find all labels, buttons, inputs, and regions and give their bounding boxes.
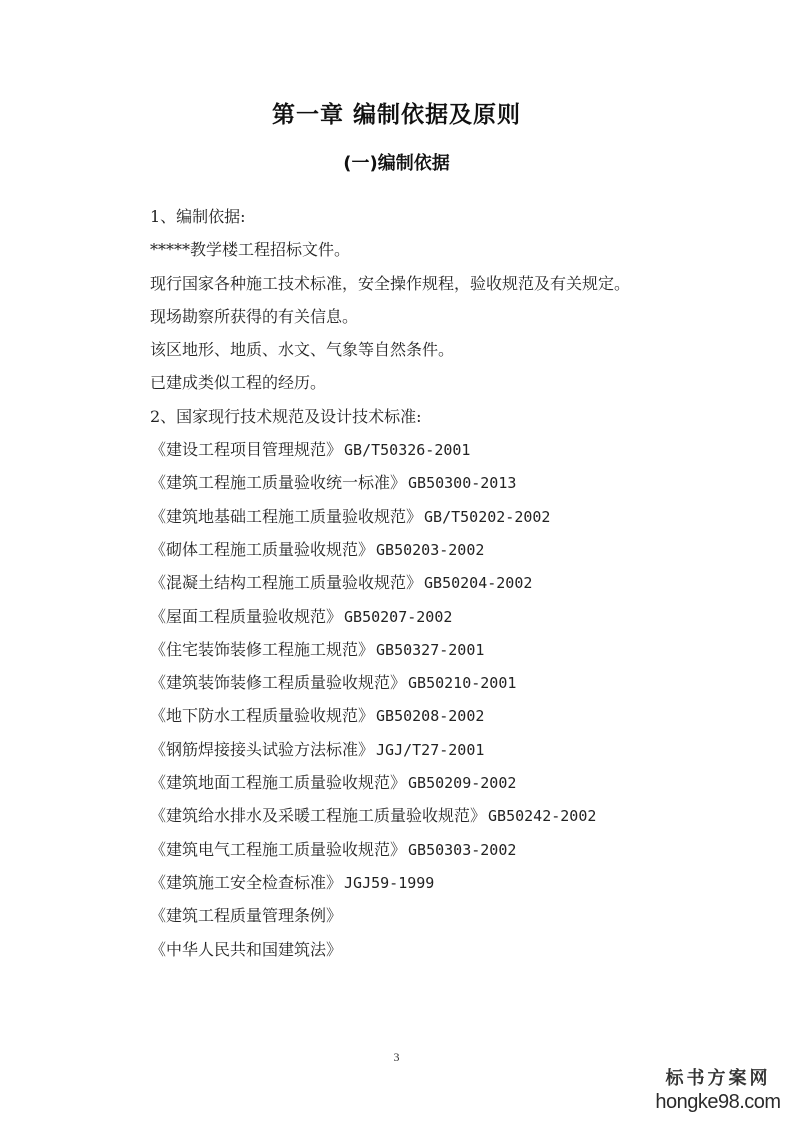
standard-title: 《建筑给水排水及采暖工程施工质量验收规范》 [150, 806, 486, 825]
standard-title: 《屋面工程质量验收规范》 [150, 607, 342, 626]
line-text: 已建成类似工程的经历。 [150, 373, 326, 392]
text-line: 现场勘察所获得的有关信息。 [150, 300, 750, 333]
standard-item: 《建筑工程质量管理条例》 [150, 899, 750, 932]
text-line: 2、国家现行技术规范及设计技术标准: [150, 400, 750, 433]
section-title: (一)编制依据 [0, 149, 793, 175]
line-text: 现行国家各种施工技术标准，安全操作规程，验收规范及有关规定。 [150, 274, 630, 293]
standard-item: 《中华人民共和国建筑法》 [150, 933, 750, 966]
standard-item: 《建筑地面工程施工质量验收规范》GB50209-2002 [150, 766, 750, 799]
text-line: 该区地形、地质、水文、气象等自然条件。 [150, 333, 750, 366]
standard-item: 《建筑施工安全检查标准》JGJ59-1999 [150, 866, 750, 899]
standard-item: 《砌体工程施工质量验收规范》GB50203-2002 [150, 533, 750, 566]
standard-title: 《混凝土结构工程施工质量验收规范》 [150, 573, 422, 592]
standard-item: 《建筑装饰装修工程质量验收规范》GB50210-2001 [150, 666, 750, 699]
text-line: 现行国家各种施工技术标准，安全操作规程，验收规范及有关规定。 [150, 267, 750, 300]
standard-code: GB50203-2002 [376, 541, 484, 559]
watermark-url: hongke98.com [648, 1090, 788, 1114]
standard-title: 《建筑工程质量管理条例》 [150, 906, 342, 925]
standard-item: 《屋面工程质量验收规范》GB50207-2002 [150, 600, 750, 633]
standard-code: GB50303-2002 [408, 841, 516, 859]
text-line: 1、编制依据: [150, 200, 750, 233]
text-line: *****教学楼工程招标文件。 [150, 233, 750, 266]
standard-title: 《建筑地面工程施工质量验收规范》 [150, 773, 406, 792]
watermark: 标书方案网 hongke98.com [648, 1068, 788, 1114]
standard-item: 《建筑给水排水及采暖工程施工质量验收规范》GB50242-2002 [150, 799, 750, 832]
standard-title: 《建筑施工安全检查标准》 [150, 873, 342, 892]
standard-item: 《建设工程项目管理规范》GB/T50326-2001 [150, 433, 750, 466]
standard-item: 《地下防水工程质量验收规范》GB50208-2002 [150, 699, 750, 732]
standard-code: GB50300-2013 [408, 474, 516, 492]
line-text: 2、国家现行技术规范及设计技术标准: [150, 407, 422, 426]
text-line: 已建成类似工程的经历。 [150, 366, 750, 399]
standard-code: JGJ/T27-2001 [376, 741, 484, 759]
page-number: 3 [0, 1050, 793, 1065]
chapter-title: 第一章 编制依据及原则 [0, 96, 793, 129]
standard-code: GB50208-2002 [376, 707, 484, 725]
standard-code: JGJ59-1999 [344, 874, 434, 892]
standard-code: GB/T50326-2001 [344, 441, 470, 459]
standard-code: GB50209-2002 [408, 774, 516, 792]
standard-title: 《钢筋焊接接头试验方法标准》 [150, 740, 374, 759]
standard-code: GB50207-2002 [344, 608, 452, 626]
line-text: 现场勘察所获得的有关信息。 [150, 307, 358, 326]
line-text: 该区地形、地质、水文、气象等自然条件。 [150, 340, 454, 359]
standard-title: 《地下防水工程质量验收规范》 [150, 706, 374, 725]
standard-code: GB/T50202-2002 [424, 508, 550, 526]
standard-title: 《建筑电气工程施工质量验收规范》 [150, 840, 406, 859]
standard-title: 《建筑地基础工程施工质量验收规范》 [150, 507, 422, 526]
standard-item: 《住宅装饰装修工程施工规范》GB50327-2001 [150, 633, 750, 666]
standard-item: 《建筑地基础工程施工质量验收规范》GB/T50202-2002 [150, 500, 750, 533]
standard-title: 《砌体工程施工质量验收规范》 [150, 540, 374, 559]
standard-code: GB50327-2001 [376, 641, 484, 659]
standard-code: GB50210-2001 [408, 674, 516, 692]
body-text: 1、编制依据: *****教学楼工程招标文件。 现行国家各种施工技术标准，安全操… [150, 200, 750, 966]
standard-title: 《建筑工程施工质量验收统一标准》 [150, 473, 406, 492]
watermark-brand: 标书方案网 [648, 1068, 788, 1090]
line-text: 1、编制依据: [150, 207, 246, 226]
standard-title: 《中华人民共和国建筑法》 [150, 940, 342, 959]
standard-code: GB50204-2002 [424, 574, 532, 592]
standard-code: GB50242-2002 [488, 807, 596, 825]
standard-title: 《建筑装饰装修工程质量验收规范》 [150, 673, 406, 692]
line-text: *****教学楼工程招标文件。 [150, 240, 350, 259]
standard-item: 《建筑工程施工质量验收统一标准》GB50300-2013 [150, 466, 750, 499]
standard-title: 《建设工程项目管理规范》 [150, 440, 342, 459]
standard-item: 《钢筋焊接接头试验方法标准》JGJ/T27-2001 [150, 733, 750, 766]
standard-item: 《混凝土结构工程施工质量验收规范》GB50204-2002 [150, 566, 750, 599]
standard-item: 《建筑电气工程施工质量验收规范》GB50303-2002 [150, 833, 750, 866]
standard-title: 《住宅装饰装修工程施工规范》 [150, 640, 374, 659]
